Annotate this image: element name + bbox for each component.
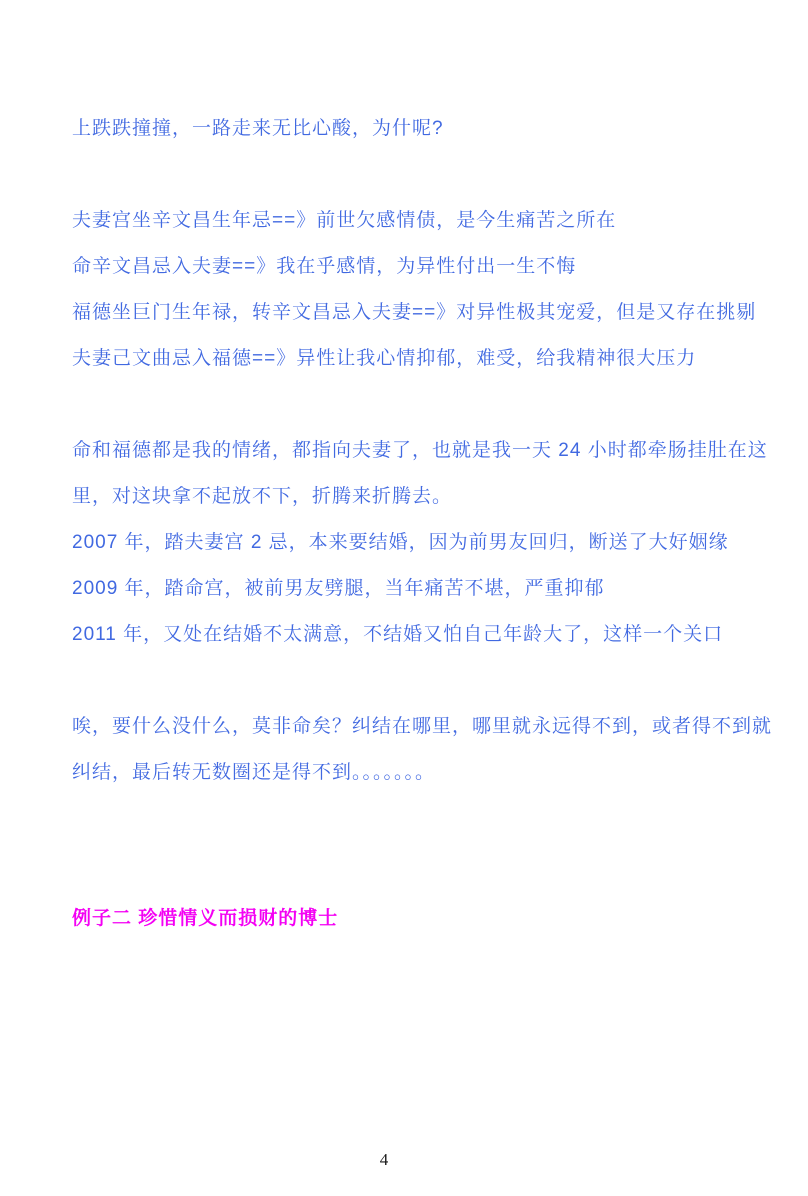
body-line: 里，对这块拿不起放不下，折腾来折腾去。 bbox=[72, 474, 762, 520]
blank-line bbox=[72, 152, 762, 198]
page-content: 上跌跌撞撞，一路走来无比心酸，为什呢? 夫妻宫坐辛文昌生年忌==》前世欠感情债，… bbox=[72, 106, 762, 942]
page-number: 4 bbox=[0, 1150, 768, 1170]
body-line: 2011 年，又处在结婚不太满意，不结婚又怕自己年龄大了，这样一个关口 bbox=[72, 612, 762, 658]
body-line: 夫妻己文曲忌入福德==》异性让我心情抑郁，难受，给我精神很大压力 bbox=[72, 336, 762, 382]
blank-line bbox=[72, 842, 762, 888]
body-line: 命辛文昌忌入夫妻==》我在乎感情，为异性付出一生不悔 bbox=[72, 244, 762, 290]
section-heading: 例子二 珍惜情义而损财的博士 bbox=[72, 896, 762, 942]
body-line: 上跌跌撞撞，一路走来无比心酸，为什呢? bbox=[72, 106, 762, 152]
body-line: 2009 年，踏命宫，被前男友劈腿，当年痛苦不堪，严重抑郁 bbox=[72, 566, 762, 612]
blank-line bbox=[72, 382, 762, 428]
document-page: 上跌跌撞撞，一路走来无比心酸，为什呢? 夫妻宫坐辛文昌生年忌==》前世欠感情债，… bbox=[0, 0, 808, 1196]
body-line: 2007 年，踏夫妻宫 2 忌，本来要结婚，因为前男友回归，断送了大好姻缘 bbox=[72, 520, 762, 566]
body-line: 福德坐巨门生年禄，转辛文昌忌入夫妻==》对异性极其宠爱，但是又存在挑剔 bbox=[72, 290, 762, 336]
body-line: 命和福德都是我的情绪，都指向夫妻了，也就是我一天 24 小时都牵肠挂肚在这 bbox=[72, 428, 762, 474]
blank-line bbox=[72, 658, 762, 704]
body-line: 纠结，最后转无数圈还是得不到。。。。。。。 bbox=[72, 750, 762, 796]
blank-line bbox=[72, 796, 762, 842]
body-line: 夫妻宫坐辛文昌生年忌==》前世欠感情债，是今生痛苦之所在 bbox=[72, 198, 762, 244]
body-line: 唉，要什么没什么，莫非命矣？纠结在哪里，哪里就永远得不到，或者得不到就 bbox=[72, 704, 762, 750]
